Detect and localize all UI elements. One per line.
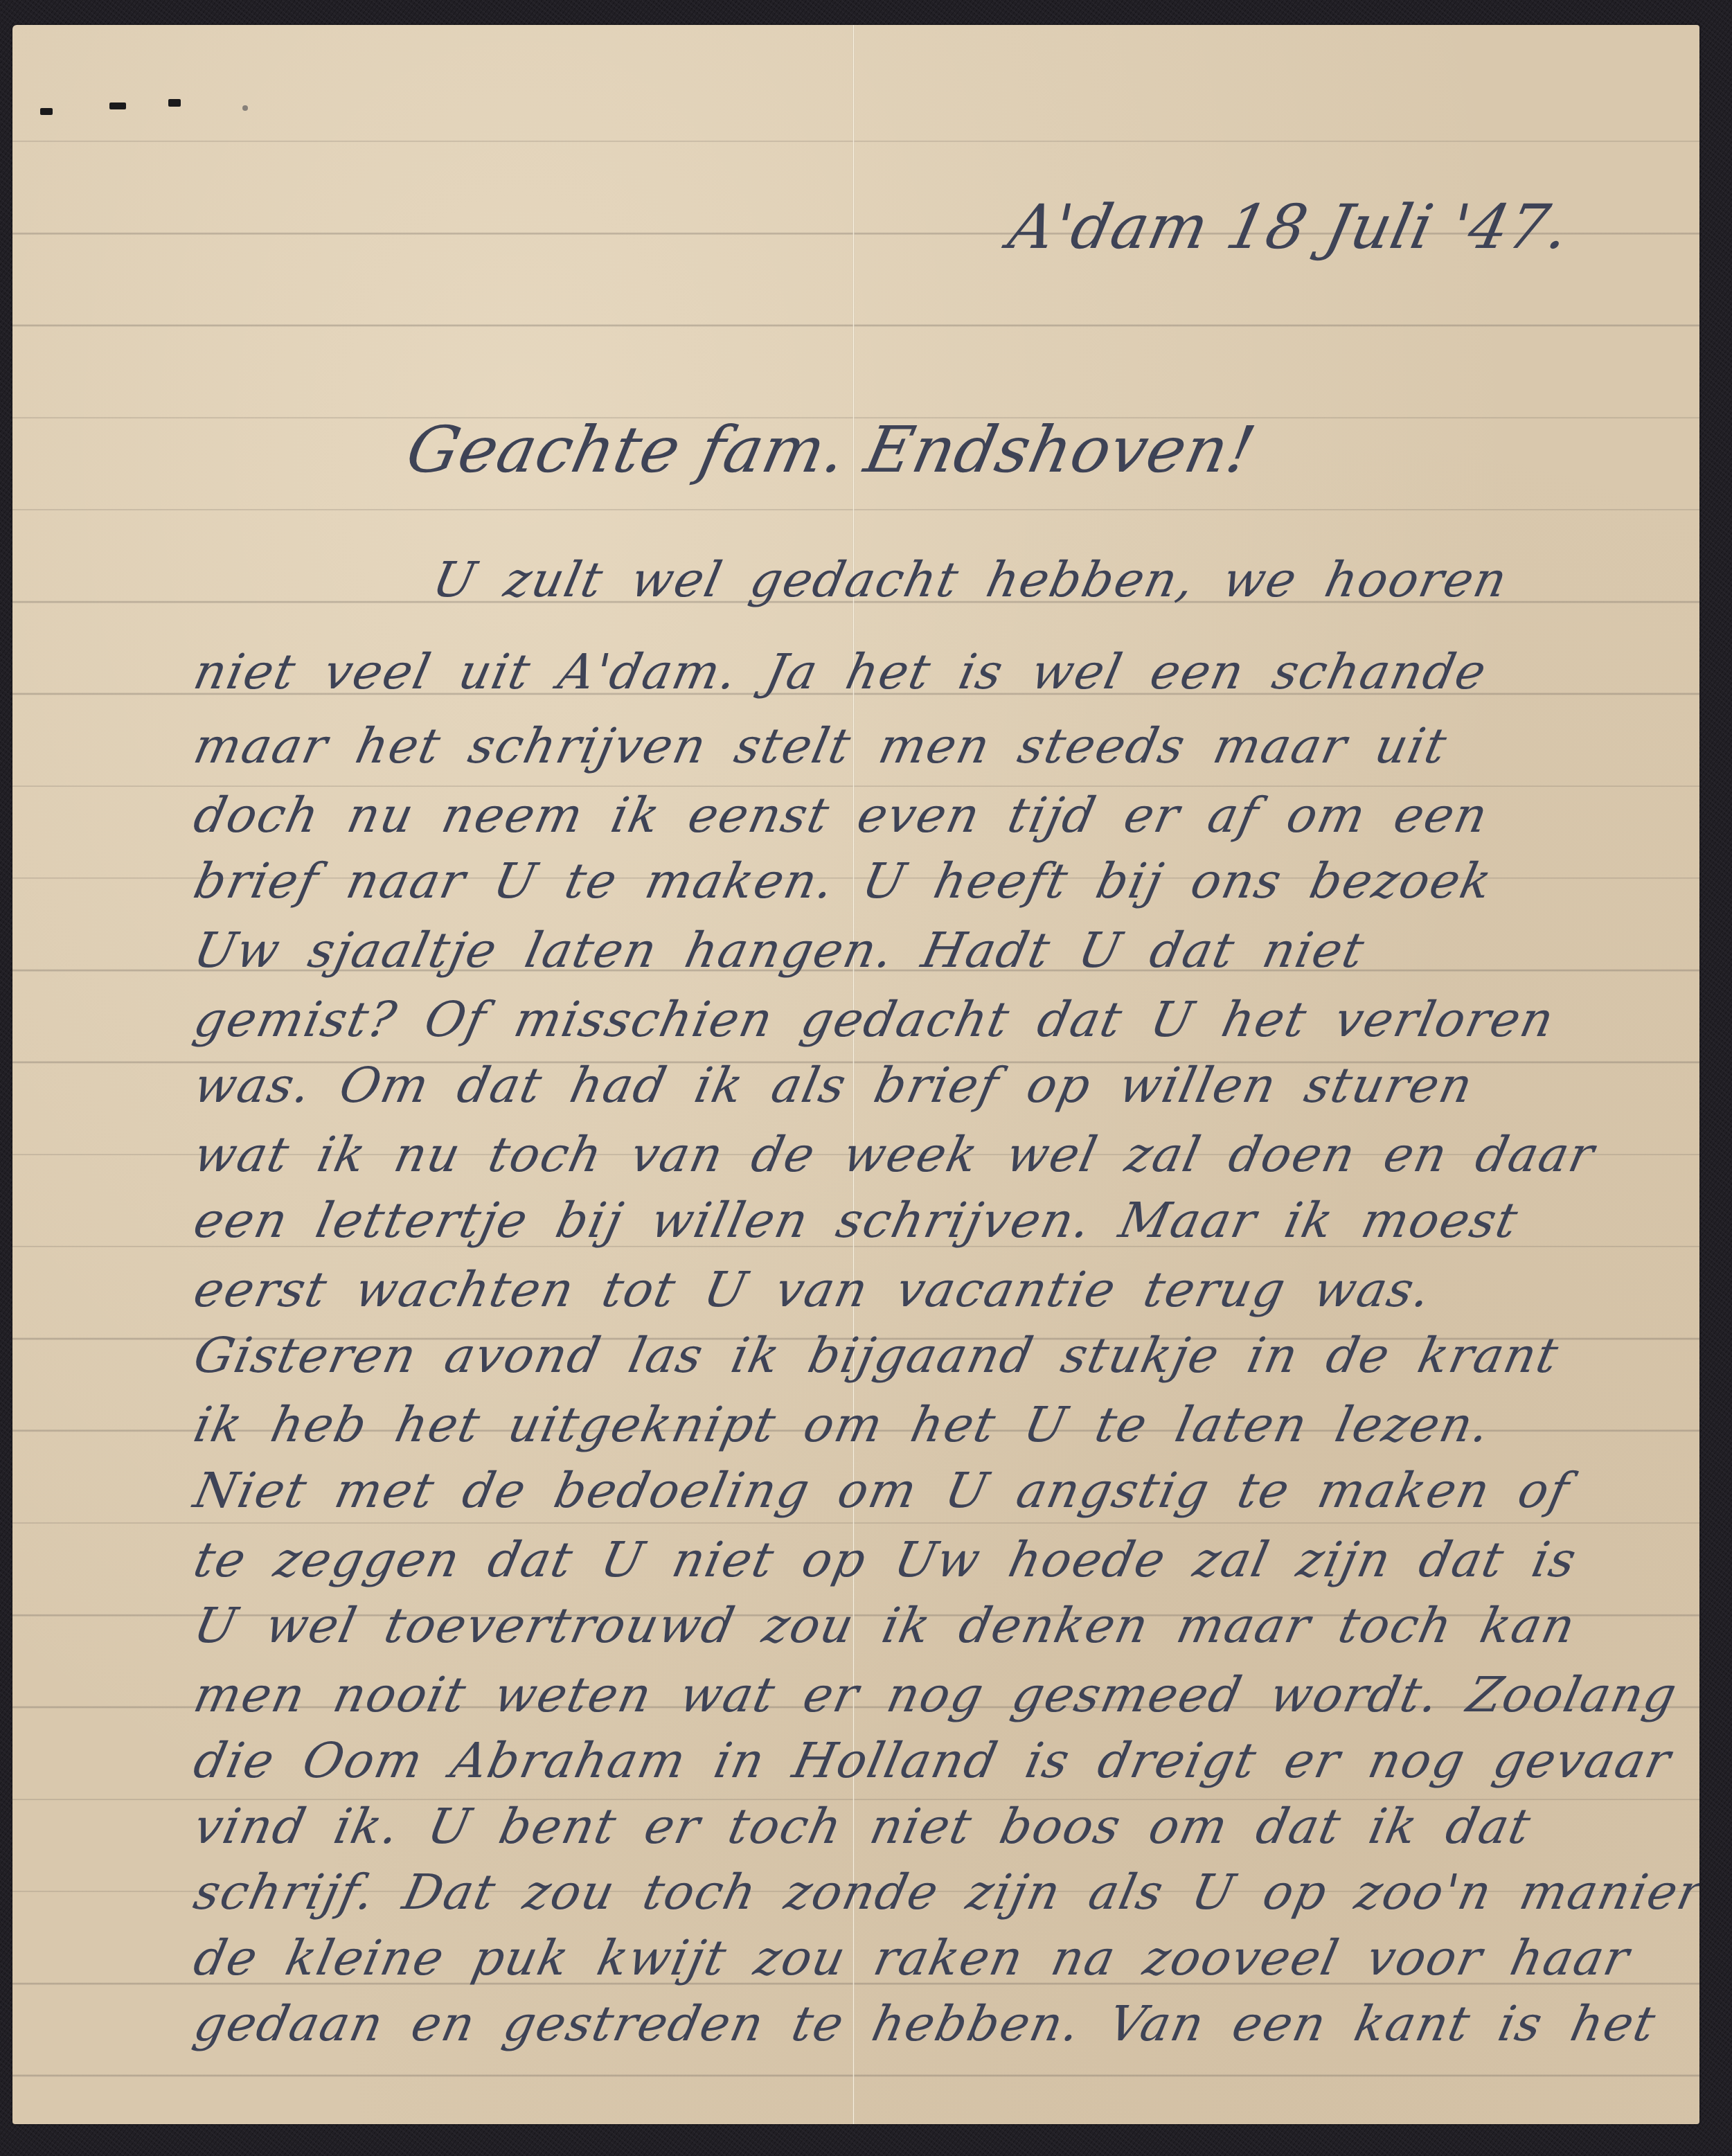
- body-line: ik heb het uitgeknipt om het U te laten …: [189, 1396, 1496, 1453]
- body-line: eerst wachten tot U van vacantie terug w…: [189, 1261, 1437, 1318]
- body-line: een lettertje bij willen schrijven. Maar…: [189, 1192, 1524, 1249]
- body-line: vind ik. U bent er toch niet boos om dat…: [189, 1798, 1537, 1855]
- body-line: Gisteren avond las ik bijgaand stukje in…: [189, 1327, 1564, 1384]
- letter-body: U zult wel gedacht hebben, we hooren nie…: [12, 25, 1699, 2124]
- body-line: niet veel uit A'dam. Ja het is wel een s…: [189, 643, 1492, 700]
- body-line: was. Om dat had ik als brief op willen s…: [189, 1057, 1479, 1114]
- body-line: gemist? Of misschien gedacht dat U het v…: [189, 991, 1560, 1048]
- body-line: men nooit weten wat er nog gesmeed wordt…: [189, 1666, 1683, 1723]
- body-line: wat ik nu toch van de week wel zal doen …: [189, 1126, 1600, 1183]
- body-line: schrijf. Dat zou toch zonde zijn als U o…: [189, 1864, 1699, 1921]
- body-line: Niet met de bedoeling om U angstig te ma…: [189, 1462, 1575, 1519]
- body-line: U wel toevertrouwd zou ik denken maar to…: [189, 1597, 1581, 1654]
- body-line: te zeggen dat U niet op Uw hoede zal zij…: [189, 1531, 1582, 1588]
- body-line: U zult wel gedacht hebben, we hooren: [428, 551, 1513, 608]
- body-line: die Oom Abraham in Holland is dreigt er …: [189, 1732, 1677, 1789]
- letter-sheet: A'dam 18 Juli '47. Geachte fam. Endshove…: [12, 25, 1699, 2124]
- body-line: de kleine puk kwijt zou raken na zooveel…: [189, 1930, 1635, 1986]
- body-line: brief naar U te maken. U heeft bij ons b…: [189, 853, 1498, 909]
- body-line: doch nu neem ik eenst even tijd er af om…: [189, 787, 1494, 844]
- body-line: Uw sjaaltje laten hangen. Hadt U dat nie…: [189, 922, 1370, 979]
- body-line: maar het schrijven stelt men steeds maar…: [189, 718, 1452, 774]
- body-line: gedaan en gestreden te hebben. Van een k…: [189, 1995, 1661, 2052]
